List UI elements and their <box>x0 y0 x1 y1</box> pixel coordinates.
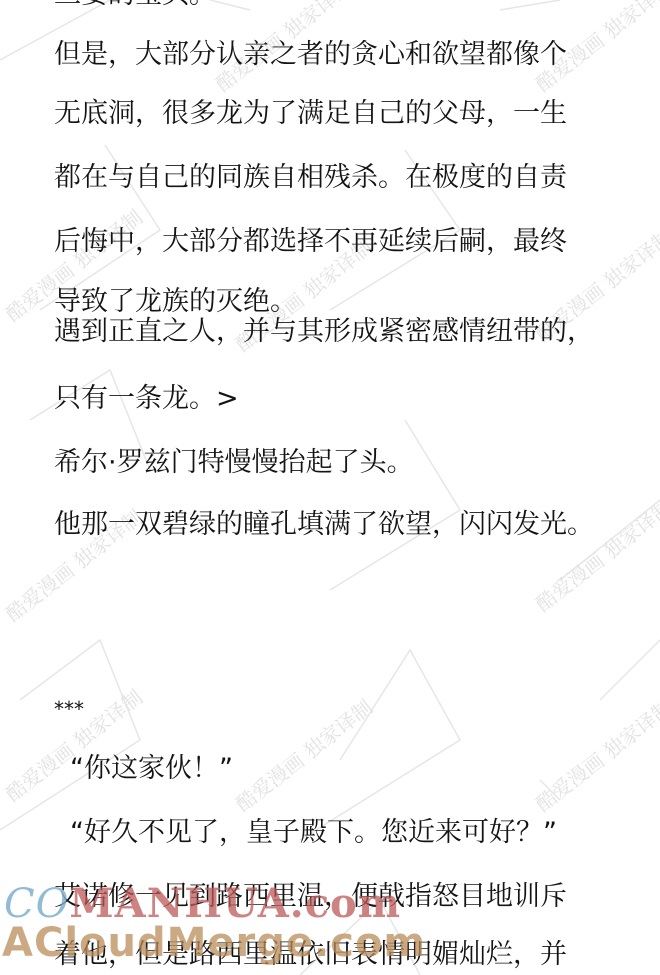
text-line: 但是，大部分认亲之者的贪心和欲望都像个 <box>54 38 567 72</box>
watermark-text: 酷爱漫画 独家译制 <box>229 692 378 817</box>
text-line: 都在与自己的同族自相残杀。在极度的自责 <box>54 161 567 195</box>
partial-top-line: 三要的宝贝。 <box>54 0 216 12</box>
section-separator: *** <box>54 692 84 726</box>
text-line: 他那一双碧绿的瞳孔填满了欲望，闪闪发光。 <box>54 508 594 542</box>
watermark-text: 酷爱漫画 独家译制 <box>529 692 660 817</box>
text-line: 遇到正直之人，并与其形成紧密感情纽带的， <box>54 315 594 349</box>
dialogue-line: “好久不见了，皇子殿下。您近来可好？” <box>70 816 557 850</box>
text-line: 只有一条龙。> <box>54 382 239 416</box>
comic-text-page: 酷爱漫画 独家译制 酷爱漫画 独家译制 酷爱漫画 独家译制 酷爱漫画 独家译制 … <box>0 0 660 975</box>
text-line: 希尔·罗兹门特慢慢抬起了头。 <box>54 446 414 480</box>
dialogue-line: “你这家伙！” <box>70 752 233 786</box>
text-line: 无底洞，很多龙为了满足自己的父母，一生 <box>54 97 567 131</box>
text-line: 后悔中，大部分都选择不再延续后嗣，最终 <box>54 225 567 259</box>
source-watermark-acloudmerge: ACloudMerge.com <box>2 920 426 966</box>
text-line: 导致了龙族的灭绝。 <box>54 285 297 319</box>
